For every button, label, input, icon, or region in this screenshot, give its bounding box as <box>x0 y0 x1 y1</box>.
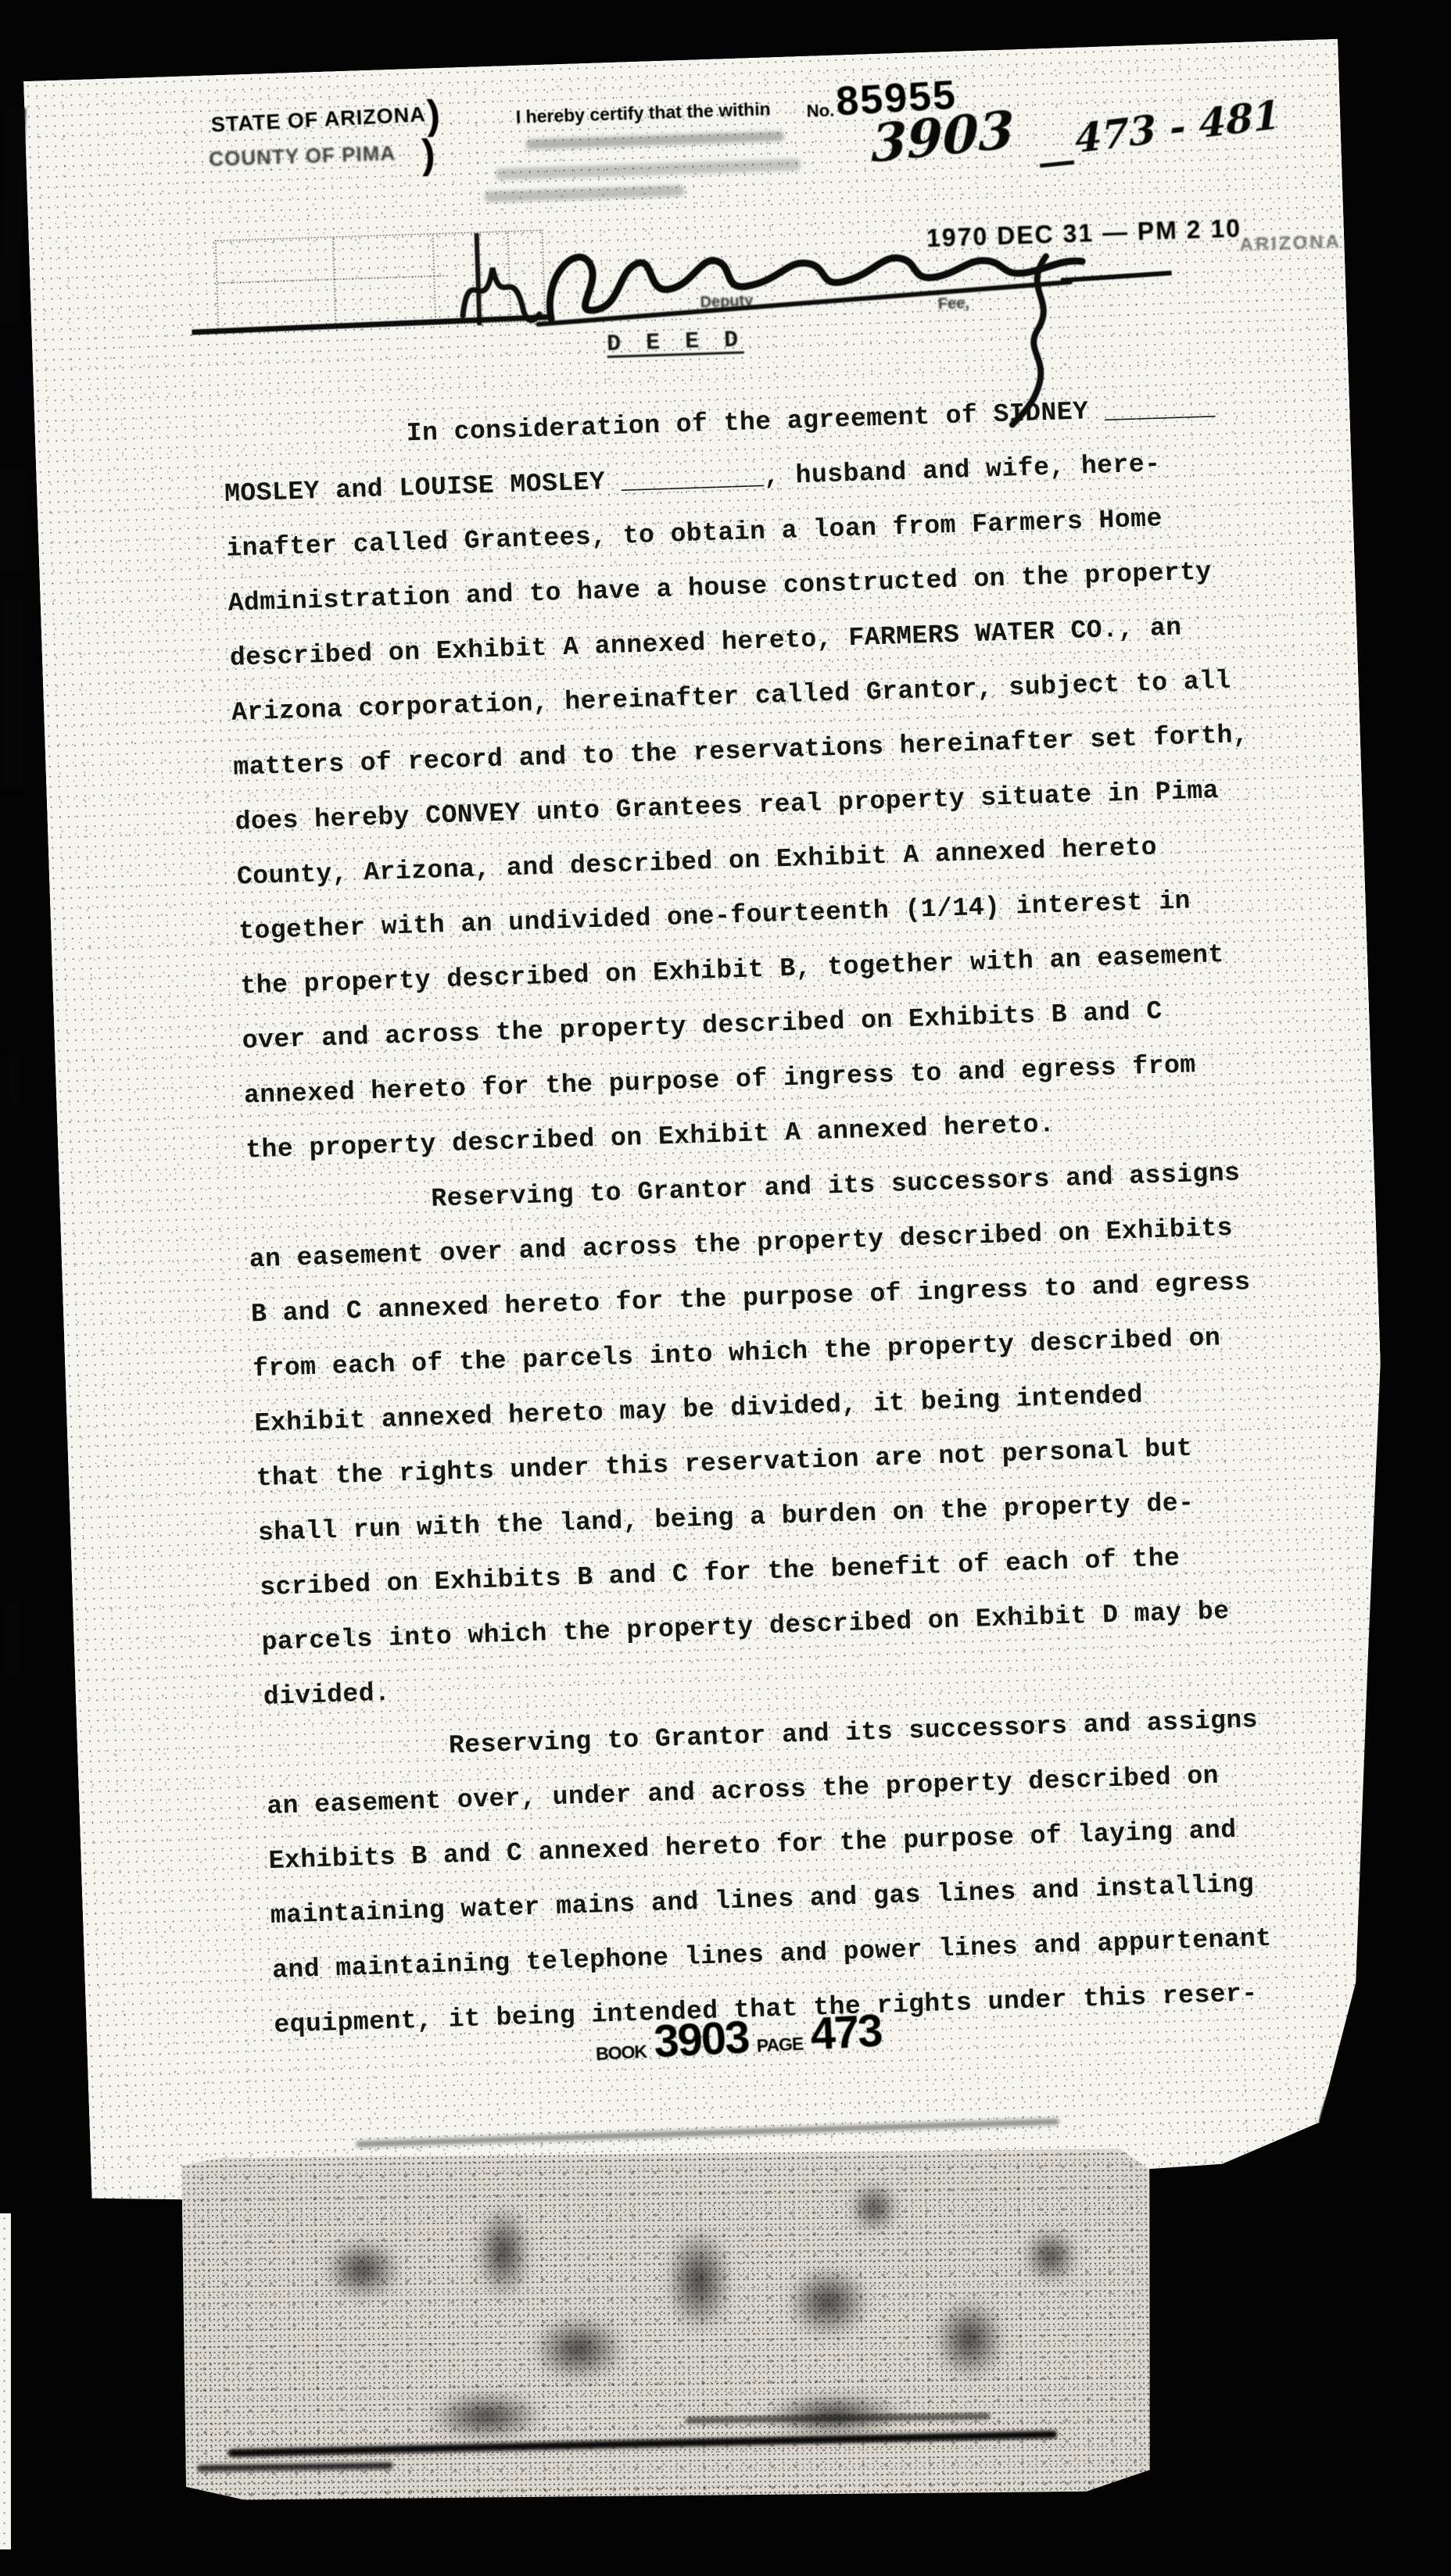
deputy-label: Deputy <box>700 292 754 312</box>
scan-noise-blob <box>769 2250 888 2353</box>
scanned-deed-document: STATE OF ARIZONA COUNTY OF PIMA ) ) I he… <box>0 0 1451 2576</box>
scan-noise-blob <box>464 2185 543 2319</box>
scan-streak <box>197 2462 392 2471</box>
certify-text: I hereby certify that the within <box>515 98 771 128</box>
scan-noise-blob <box>918 2280 1021 2399</box>
arizona-partial-stamp: ARIZONA <box>1239 231 1342 256</box>
scan-noise-blob <box>651 2206 747 2356</box>
scan-noise-blob <box>1011 2216 1090 2295</box>
deed-title: D E E D <box>607 327 744 358</box>
faint-text-line <box>496 159 801 181</box>
handwritten-page-range: 473 - 481 <box>1074 91 1281 163</box>
grid-line <box>432 234 437 324</box>
page-number: 473 <box>809 2005 883 2060</box>
grid-line <box>217 275 444 284</box>
corner-paper-patch <box>1359 1981 1451 2181</box>
deed-page: STATE OF ARIZONA COUNTY OF PIMA ) ) I he… <box>23 39 1406 2216</box>
faint-county-recorder-line <box>485 185 684 202</box>
fee-label: Fee, <box>937 295 969 313</box>
scan-noise-blob <box>307 2226 418 2313</box>
scan-scratch <box>356 2119 1059 2148</box>
scan-edge-artifact <box>8 1051 20 1106</box>
underlying-page <box>181 2145 1154 2504</box>
page-label: PAGE <box>756 2034 804 2057</box>
book-label: BOOK <box>595 2041 647 2065</box>
handwritten-underline <box>1040 160 1074 167</box>
grid-line <box>332 238 337 327</box>
county-of-pima-label: COUNTY OF PIMA <box>209 141 396 172</box>
corner-ink-flourish <box>1288 1999 1451 2184</box>
scan-noise-blob <box>838 2172 909 2243</box>
scan-edge-artifact <box>0 108 26 327</box>
book-number: 3903 <box>653 2011 750 2068</box>
ss-bracket-bottom: ) <box>421 131 435 178</box>
scan-edge-artifact <box>0 467 25 573</box>
faint-text-line <box>526 131 784 150</box>
paper-sliver <box>0 2213 11 2549</box>
scan-edge-artifact <box>2 600 23 792</box>
scan-edge-artifact <box>5 1602 19 1676</box>
state-of-arizona-label: STATE OF ARIZONA <box>210 102 426 138</box>
number-label: No. <box>806 101 834 122</box>
deed-body-text: In consideration of the agreement of SID… <box>222 379 1314 2053</box>
